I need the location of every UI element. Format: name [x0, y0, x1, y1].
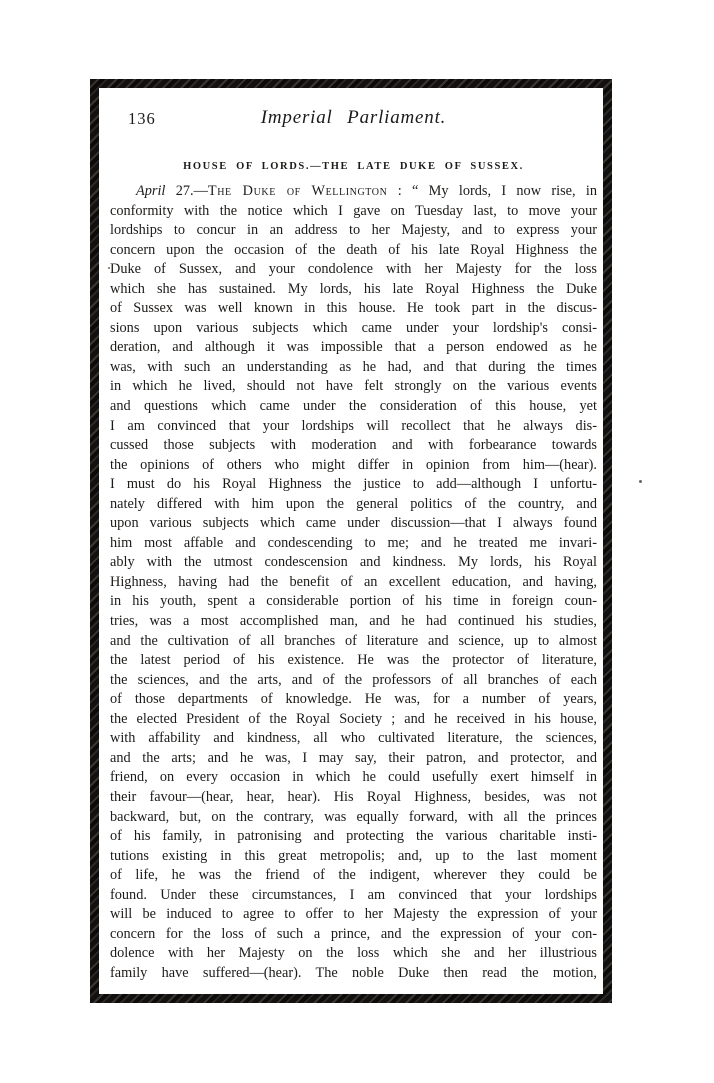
- text-line: was, with such an understanding as he ha…: [110, 358, 597, 378]
- text-line: with affability and kindness, all who cu…: [110, 729, 597, 749]
- text-line: friend, on every occasion in which he co…: [110, 768, 597, 788]
- text-line: lordships to concur in an address to her…: [110, 221, 597, 241]
- text-line: concern for the loss of such a prince, a…: [110, 925, 597, 945]
- scan-speck: [639, 480, 642, 483]
- text-line: which she has sustained. My lords, his l…: [110, 280, 597, 300]
- text-line: backward, but, on the contrary, was equa…: [110, 808, 597, 828]
- text-line: cussed those subjects with moderation an…: [110, 436, 597, 456]
- section-heading: HOUSE OF LORDS.—THE LATE DUKE OF SUSSEX.: [110, 161, 597, 172]
- text-line: of Sussex was well known in this house. …: [110, 299, 597, 319]
- opening-rest: : “ My lords, I now rise, in: [387, 183, 597, 199]
- body-lines: conformity with the notice which I gave …: [110, 202, 597, 984]
- page-number: 136: [128, 109, 156, 129]
- text-line: I must do his Royal Highness the justice…: [110, 475, 597, 495]
- speech-paragraph: April 27.—The Duke of Wellington : “ My …: [110, 182, 597, 983]
- text-line: in his youth, spent a considerable porti…: [110, 592, 597, 612]
- text-line: and the arts; and he was, I may say, the…: [110, 749, 597, 769]
- text-line: conformity with the notice which I gave …: [110, 202, 597, 222]
- opening-line: April 27.—The Duke of Wellington : “ My …: [110, 182, 597, 202]
- date-rest: 27.—: [165, 183, 207, 199]
- text-line: tutions existing in this great metropoli…: [110, 847, 597, 867]
- text-line: nately differed with him upon the genera…: [110, 495, 597, 515]
- text-line: dolence with her Majesty on the loss whi…: [110, 944, 597, 964]
- text-line: of those departments of knowledge. He wa…: [110, 690, 597, 710]
- scan-speck: [108, 267, 110, 269]
- text-line: tries, was a most accomplished man, and …: [110, 612, 597, 632]
- date-italic: April: [136, 183, 165, 199]
- text-line: I am convinced that your lordships will …: [110, 417, 597, 437]
- text-line: found. Under these circumstances, I am c…: [110, 886, 597, 906]
- text-line: the opinions of others who might differ …: [110, 456, 597, 476]
- text-line: the sciences, and the arts, and of the p…: [110, 671, 597, 691]
- text-line: Duke of Sussex, and your condolence with…: [110, 260, 597, 280]
- text-line: of life, he was the friend of the indige…: [110, 866, 597, 886]
- page-title: Imperial Parliament.: [261, 107, 446, 128]
- text-line: the latest period of his existence. He w…: [110, 651, 597, 671]
- text-line: him most affable and condescending to me…: [110, 534, 597, 554]
- text-line: deration, and although it was impossible…: [110, 338, 597, 358]
- text-line: in which he lived, should not have felt …: [110, 377, 597, 397]
- text-line: Highness, having had the benefit of an e…: [110, 573, 597, 593]
- text-line: their favour—(hear, hear, hear). His Roy…: [110, 788, 597, 808]
- text-line: family have suffered—(hear). The noble D…: [110, 964, 597, 984]
- text-line: and questions which came under the consi…: [110, 397, 597, 417]
- page-border-frame: 136 Imperial Parliament. HOUSE OF LORDS.…: [90, 79, 612, 1003]
- text-line: and the cultivation of all branches of l…: [110, 632, 597, 652]
- text-line: ably with the utmost condescension and k…: [110, 553, 597, 573]
- text-line: upon various subjects which came under d…: [110, 514, 597, 534]
- scanned-page: 136 Imperial Parliament. HOUSE OF LORDS.…: [99, 107, 603, 1013]
- text-line: of his family, in patronising and protec…: [110, 827, 597, 847]
- text-line: sions upon various subjects which came u…: [110, 319, 597, 339]
- running-header: 136 Imperial Parliament.: [110, 107, 597, 131]
- speaker-name: The Duke of Wellington: [208, 183, 388, 199]
- text-line: will be induced to agree to offer to her…: [110, 905, 597, 925]
- text-line: concern upon the occasion of the death o…: [110, 241, 597, 261]
- text-line: the elected President of the Royal Socie…: [110, 710, 597, 730]
